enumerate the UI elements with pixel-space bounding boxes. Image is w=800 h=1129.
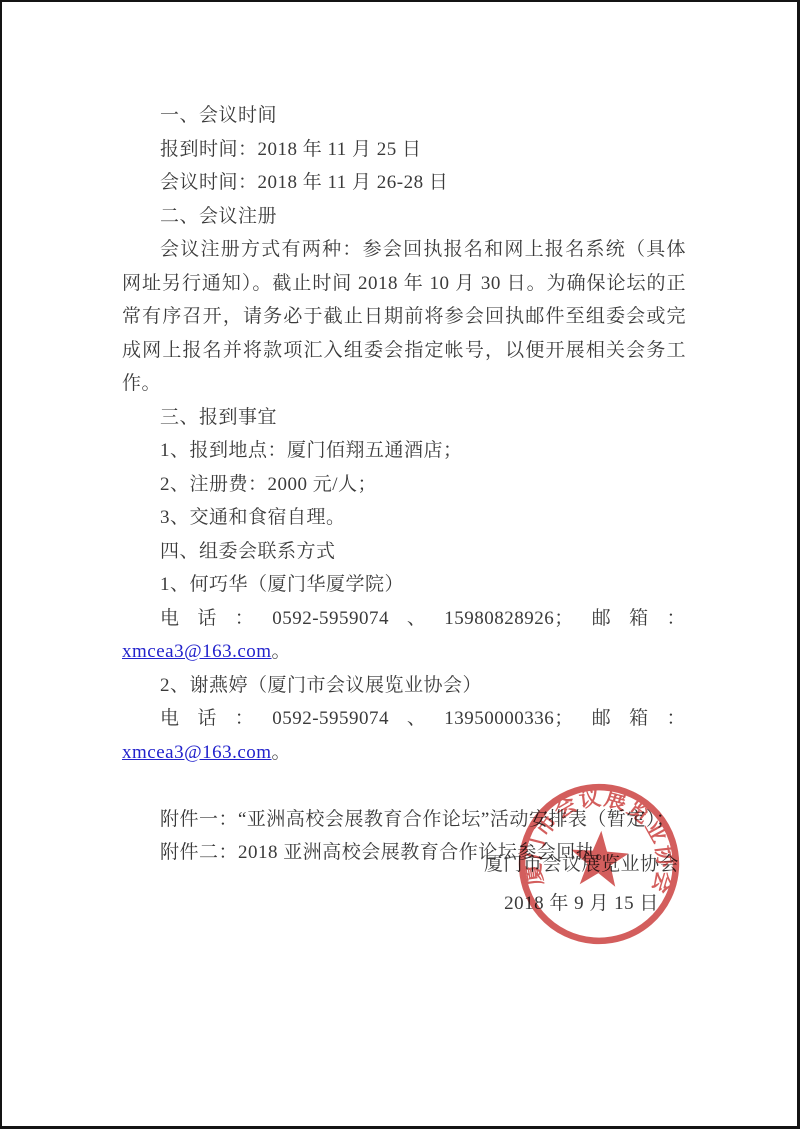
- line-checkin-time: 报到时间：2018 年 11 月 25 日: [122, 133, 686, 167]
- blank-line: [122, 769, 686, 803]
- contact-1-phone: 电话：0592-5959074、15980828926；邮箱：xmcea3@16…: [122, 602, 686, 669]
- section-heading-2: 二、会议注册: [122, 200, 686, 234]
- list-item-1: 1、报到地点：厦门佰翔五通酒店；: [122, 434, 686, 468]
- signature-date: 2018 年 9 月 15 日: [504, 884, 659, 923]
- signature-block: 厦门市会议展览业协会 2018 年 9 月 15 日: [484, 845, 679, 923]
- para-registration: 会议注册方式有两种：参会回执报名和网上报名系统（具体网址另行通知）。截止时间 2…: [122, 233, 686, 401]
- contact-2-phone: 电话：0592-5959074、13950000336；邮箱：xmcea3@16…: [122, 702, 686, 769]
- contact-2-name: 2、谢燕婷（厦门市会议展览业协会）: [122, 669, 686, 703]
- document-body: 一、会议时间报到时间：2018 年 11 月 25 日会议时间：2018 年 1…: [122, 99, 686, 870]
- section-heading-3: 三、报到事宜: [122, 401, 686, 435]
- line-meeting-time: 会议时间：2018 年 11 月 26-28 日: [122, 166, 686, 200]
- list-item-3: 3、交通和食宿自理。: [122, 501, 686, 535]
- email-link[interactable]: xmcea3@163.com: [122, 641, 272, 662]
- contact-1-name: 1、何巧华（厦门华厦学院）: [122, 568, 686, 602]
- email-link[interactable]: xmcea3@163.com: [122, 742, 272, 763]
- document-page: 一、会议时间报到时间：2018 年 11 月 25 日会议时间：2018 年 1…: [0, 0, 800, 1129]
- section-heading-1: 一、会议时间: [122, 99, 686, 133]
- signature-org: 厦门市会议展览业协会: [484, 845, 679, 884]
- list-item-2: 2、注册费：2000 元/人；: [122, 468, 686, 502]
- attachment-1: 附件一：“亚洲高校会展教育合作论坛”活动安排表（暂定）；: [122, 803, 686, 837]
- section-heading-4: 四、组委会联系方式: [122, 535, 686, 569]
